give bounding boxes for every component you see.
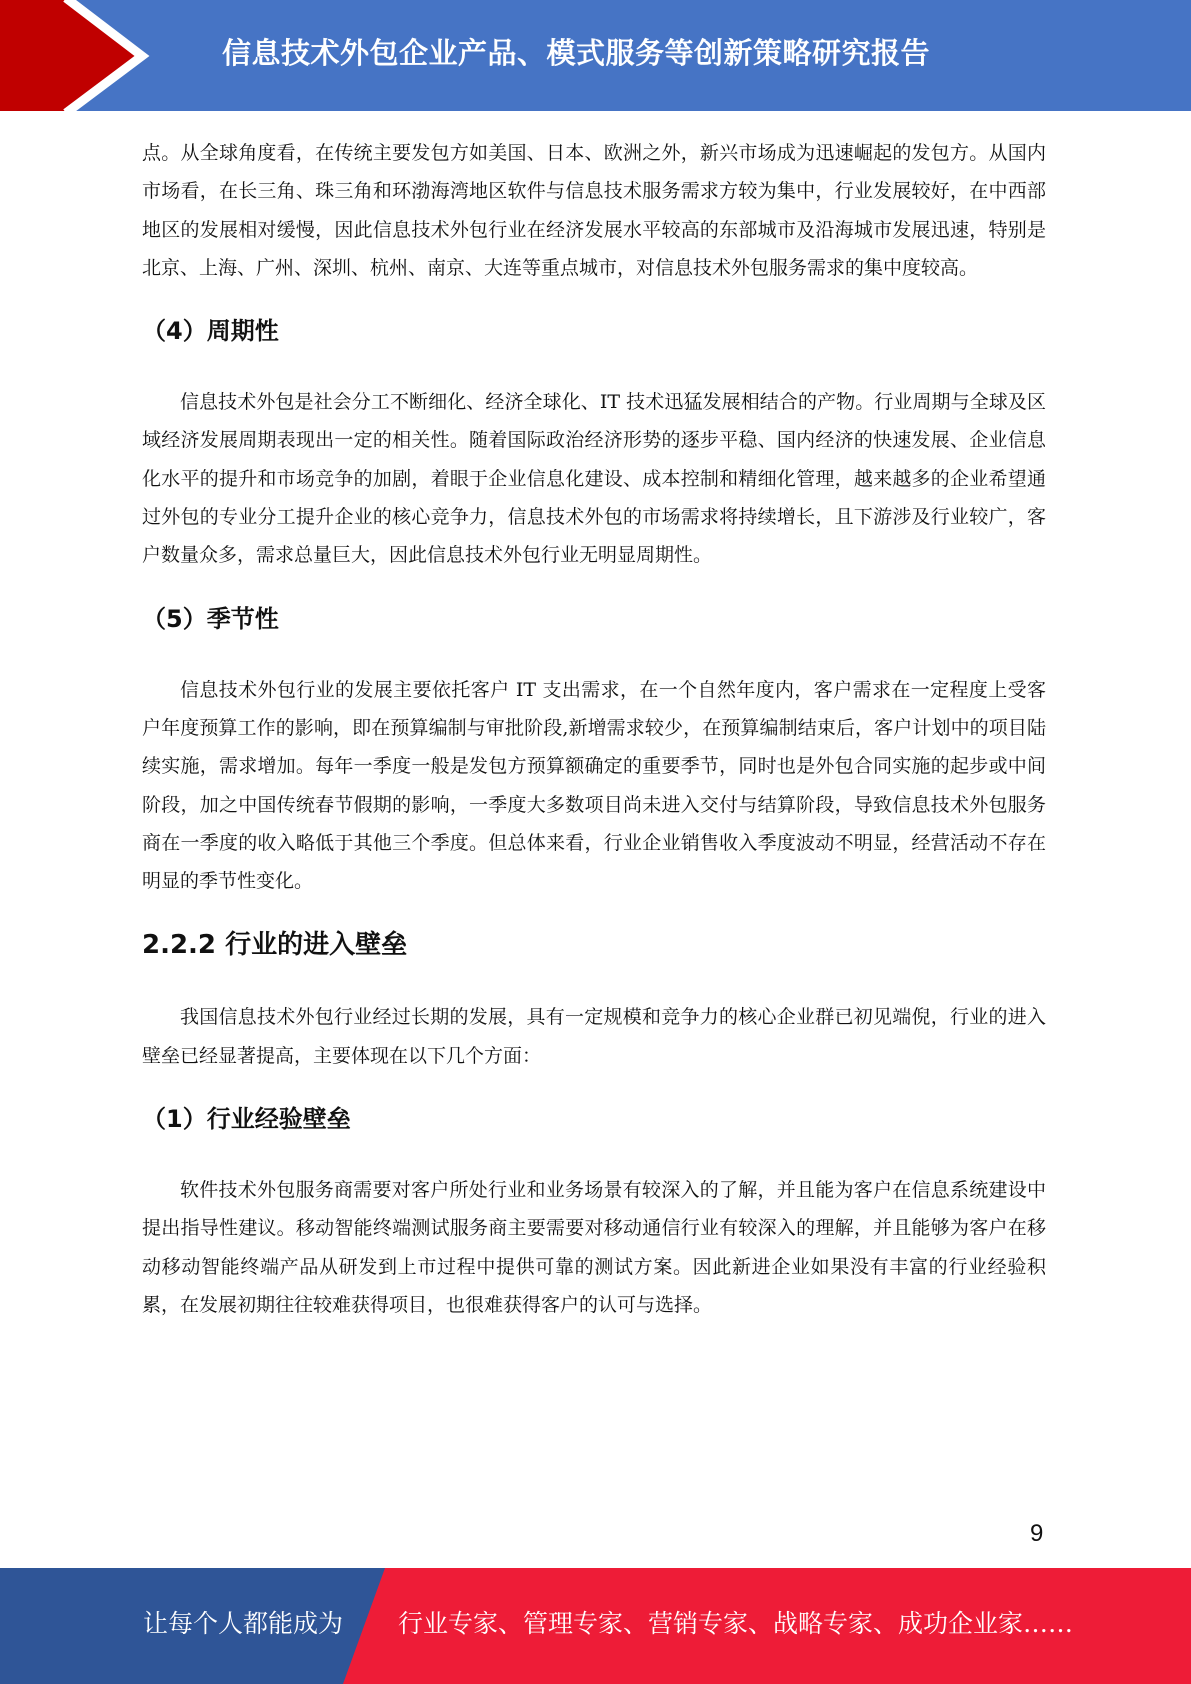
page-number: 9: [1030, 1520, 1043, 1548]
heading-cyclical: （4）周期性: [142, 313, 1046, 349]
paragraph-seasonal: 信息技术外包行业的发展主要依托客户 IT 支出需求，在一个自然年度内，客户需求在…: [142, 671, 1046, 901]
paragraph-entry-barriers: 我国信息技术外包行业经过长期的发展，具有一定规模和竞争力的核心企业群已初见端倪，…: [142, 998, 1046, 1075]
page-header-band: 信息技术外包企业产品、模式服务等创新策略研究报告: [0, 0, 1191, 111]
section-heading-entry-barriers: 2.2.2 行业的进入壁垒: [142, 926, 1046, 964]
paragraph-market-distribution: 点。从全球角度看，在传统主要发包方如美国、日本、欧洲之外，新兴市场成为迅速崛起的…: [142, 134, 1046, 287]
header-arrow-icon: [0, 0, 180, 111]
heading-industry-experience: （1）行业经验壁垒: [142, 1101, 1046, 1137]
document-title: 信息技术外包企业产品、模式服务等创新策略研究报告: [222, 28, 930, 78]
page-footer-band: 让每个人都能成为 行业专家、管理专家、营销专家、战略专家、成功企业家……: [0, 1568, 1191, 1684]
paragraph-industry-experience: 软件技术外包服务商需要对客户所处行业和业务场景有较深入的了解，并且能为客户在信息…: [142, 1171, 1046, 1324]
footer-slogan-left: 让每个人都能成为: [143, 1606, 343, 1642]
page-content: 点。从全球角度看，在传统主要发包方如美国、日本、欧洲之外，新兴市场成为迅速崛起的…: [142, 134, 1046, 1324]
paragraph-cyclical: 信息技术外包是社会分工不断细化、经济全球化、IT 技术迅猛发展相结合的产物。行业…: [142, 383, 1046, 574]
footer-slogan-right: 行业专家、管理专家、营销专家、战略专家、成功企业家……: [398, 1606, 1073, 1642]
heading-seasonal: （5）季节性: [142, 601, 1046, 637]
